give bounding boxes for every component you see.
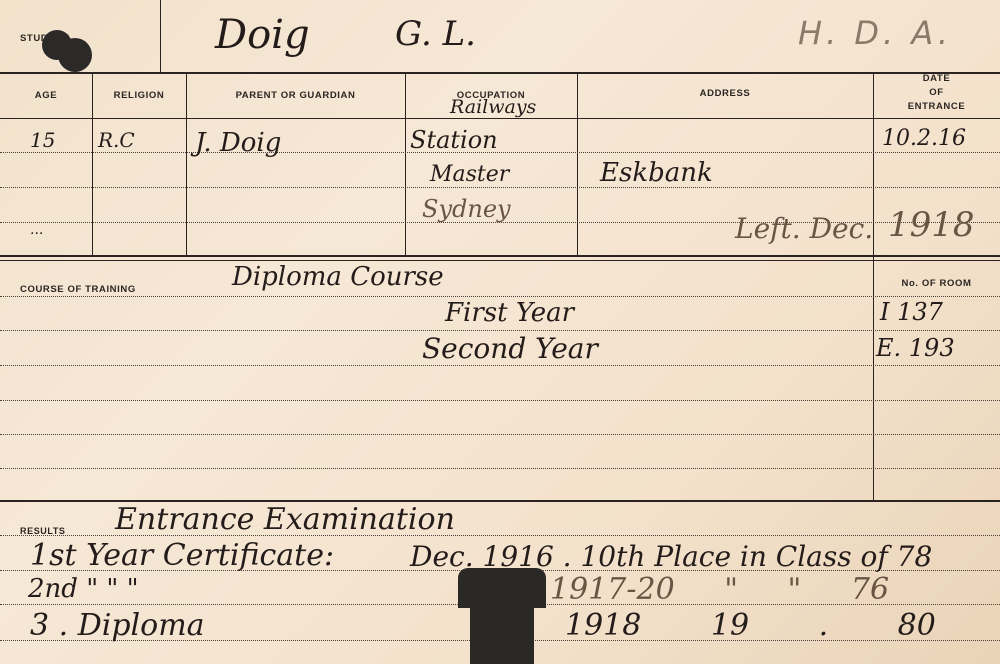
divider (0, 260, 1000, 261)
punch-hole (58, 38, 92, 72)
student-surname: Doig (215, 12, 310, 58)
result-line-detail: 1917-20 " " 76 (550, 572, 889, 607)
course-title: Diploma Course (232, 262, 444, 292)
student-initials: G. L. (395, 14, 476, 54)
result-line-label: 1st Year Certificate: (30, 538, 334, 573)
course-of-training-label: COURSE OF TRAINING (20, 283, 136, 297)
age-label: AGE (0, 89, 92, 103)
parent-guardian-label: PARENT OR GUARDIAN (186, 89, 405, 103)
occupation-line: Station (410, 126, 498, 154)
ruled-line (0, 187, 1000, 188)
student-record-card: STUDENT AGE RELIGION PARENT OR GUARDIAN … (0, 0, 1000, 664)
room-number-2: E. 193 (876, 334, 955, 362)
results-label: RESULTS (20, 524, 66, 538)
index-tab-cutout (470, 600, 534, 664)
no-of-room-label: No. OF ROOM (873, 277, 1000, 291)
divider (160, 0, 161, 72)
address-label: ADDRESS (577, 87, 873, 101)
result-line-label: 2nd " " " (28, 574, 139, 604)
age-note: ... (30, 222, 43, 238)
occupation-line: Master (430, 162, 509, 187)
left-note: Left. Dec. (735, 212, 873, 245)
occupation-line: Sydney (422, 195, 511, 223)
stamp-initials: H. D. A. (798, 14, 952, 52)
room-number-1: I 137 (880, 298, 943, 326)
ruled-line (0, 434, 1000, 435)
result-line-label: 3 . Diploma (30, 608, 205, 643)
date-of-entrance-value: 10.2.16 (882, 126, 966, 151)
divider (0, 118, 1000, 119)
occupation-line: Railways (450, 96, 536, 118)
ruled-line (0, 468, 1000, 469)
ruled-line (0, 400, 1000, 401)
religion-value: R.C (98, 128, 135, 152)
course-year-2: Second Year (422, 332, 598, 365)
date-of-entrance-label: DATE OF ENTRANCE (873, 72, 1000, 114)
parent-guardian-value: J. Doig (195, 128, 281, 158)
divider (0, 255, 1000, 257)
course-year-1: First Year (445, 298, 574, 328)
ruled-line (0, 330, 1000, 331)
ruled-line (0, 296, 1000, 297)
ruled-line (0, 152, 1000, 153)
result-line-detail: 1918 19 . 80 (565, 608, 936, 643)
divider (0, 72, 1000, 74)
religion-label: RELIGION (92, 89, 186, 103)
address-value: Eskbank (600, 158, 713, 188)
result-line-label: Entrance Examination (115, 502, 455, 537)
ruled-line (0, 365, 1000, 366)
left-year: 1918 (888, 205, 975, 245)
age-value: 15 (30, 128, 55, 152)
